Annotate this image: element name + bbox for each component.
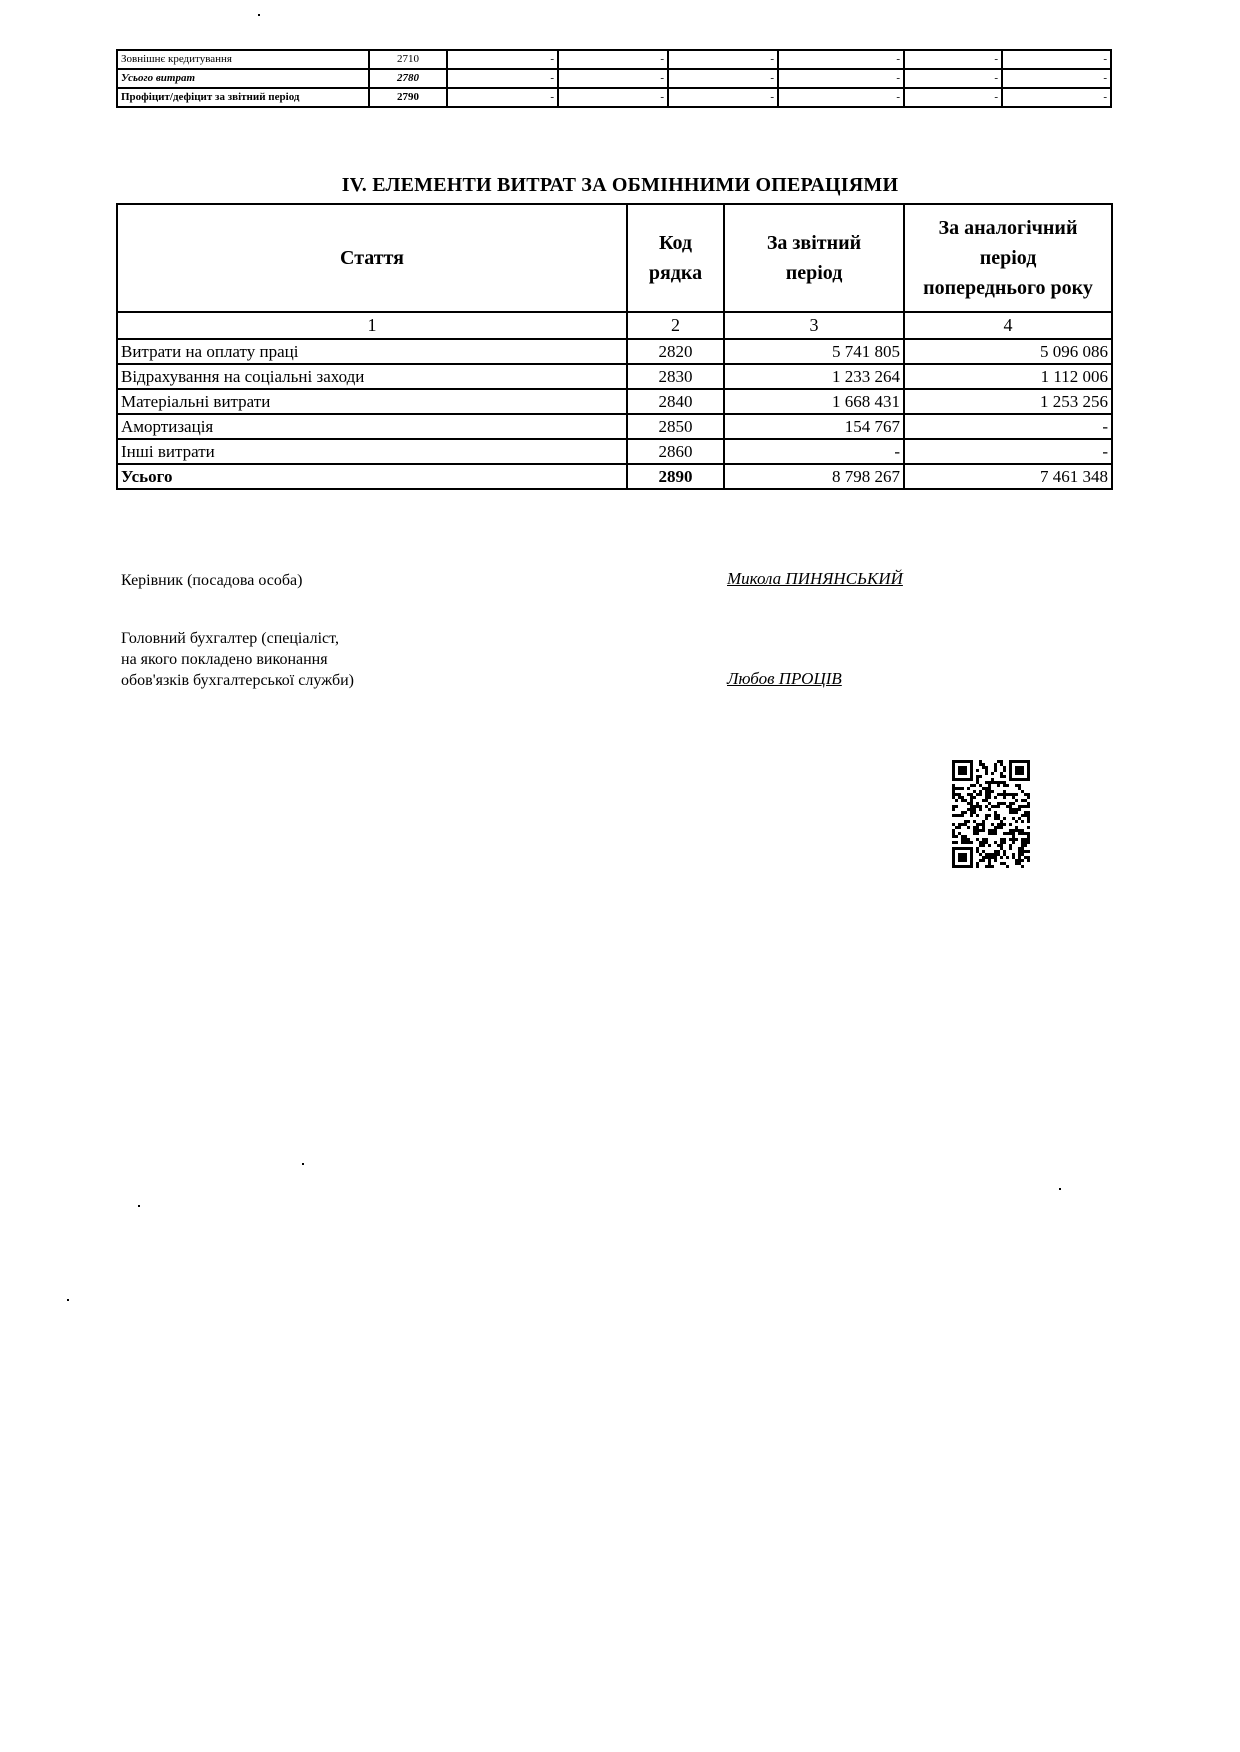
row-code: 2780 (369, 69, 447, 88)
scan-speck (258, 14, 260, 16)
header-text: рядка (631, 258, 720, 288)
role-line: обов'язків бухгалтерської служби) (121, 670, 354, 691)
header-text: За аналогічний (908, 213, 1108, 243)
row-value: - (1002, 88, 1111, 107)
header-line-code: Код рядка (627, 204, 724, 312)
row-label: Витрати на оплату праці (117, 339, 627, 364)
table-row: Усього витрат2780------ (117, 69, 1111, 88)
row-value: - (778, 69, 904, 88)
row-code: 2840 (627, 389, 724, 414)
director-name: Микола ПИНЯНСЬКИЙ (727, 569, 903, 589)
scan-speck (138, 1205, 140, 1207)
row-value: - (904, 88, 1002, 107)
row-label: Амортизація (117, 414, 627, 439)
row-value: - (558, 69, 668, 88)
previous-period-value: 1 112 006 (904, 364, 1112, 389)
accountant-name: Любов ПРОЦІВ (727, 669, 842, 689)
row-value: - (1002, 50, 1111, 69)
previous-period-value: 7 461 348 (904, 464, 1112, 489)
header-current-period: За звітний період (724, 204, 904, 312)
section-title: IV. ЕЛЕМЕНТИ ВИТРАТ ЗА ОБМІННИМИ ОПЕРАЦІ… (0, 174, 1240, 197)
row-value: - (1002, 69, 1111, 88)
header-text: попереднього року (908, 273, 1108, 303)
row-value: - (447, 88, 558, 107)
scan-speck (302, 1163, 304, 1165)
row-value: - (558, 88, 668, 107)
row-value: - (447, 69, 558, 88)
current-period-value: 1 668 431 (724, 389, 904, 414)
header-text: період (908, 243, 1108, 273)
current-period-value: 1 233 264 (724, 364, 904, 389)
header-previous-period: За аналогічний період попереднього року (904, 204, 1112, 312)
row-code: 2790 (369, 88, 447, 107)
previous-period-value: - (904, 414, 1112, 439)
current-period-value: 5 741 805 (724, 339, 904, 364)
expense-elements-table: Стаття Код рядка За звітний період За ан… (116, 203, 1113, 490)
row-value: - (668, 88, 778, 107)
header-text: За звітний (728, 228, 900, 258)
column-number-row: 1 2 3 4 (117, 312, 1112, 339)
row-label: Зовнішнє кредитування (117, 50, 369, 69)
current-period-value: 8 798 267 (724, 464, 904, 489)
row-label: Матеріальні витрати (117, 389, 627, 414)
accountant-role-label: Головний бухгалтер (спеціаліст, на якого… (121, 628, 354, 691)
row-value: - (904, 50, 1002, 69)
row-value: - (778, 50, 904, 69)
row-value: - (558, 50, 668, 69)
row-code: 2830 (627, 364, 724, 389)
row-label: Інші витрати (117, 439, 627, 464)
table-row: Інші витрати2860-- (117, 439, 1112, 464)
scan-speck (1059, 1188, 1061, 1190)
director-role-label: Керівник (посадова особа) (121, 570, 302, 591)
column-number: 2 (627, 312, 724, 339)
column-number: 3 (724, 312, 904, 339)
row-value: - (668, 50, 778, 69)
header-text: Стаття (340, 247, 404, 269)
row-code: 2850 (627, 414, 724, 439)
previous-period-value: 1 253 256 (904, 389, 1112, 414)
row-label: Профіцит/дефіцит за звітний період (117, 88, 369, 107)
row-value: - (447, 50, 558, 69)
table-row: Зовнішнє кредитування2710------ (117, 50, 1111, 69)
previous-period-value: 5 096 086 (904, 339, 1112, 364)
row-label: Усього (117, 464, 627, 489)
row-value: - (668, 69, 778, 88)
role-line: Головний бухгалтер (спеціаліст, (121, 628, 354, 649)
scan-speck (67, 1299, 69, 1301)
total-row: Усього28908 798 2677 461 348 (117, 464, 1112, 489)
previous-period-value: - (904, 439, 1112, 464)
role-line: Керівник (посадова особа) (121, 570, 302, 591)
column-number: 1 (117, 312, 627, 339)
column-number: 4 (904, 312, 1112, 339)
table-row: Профіцит/дефіцит за звітний період2790--… (117, 88, 1111, 107)
row-label: Відрахування на соціальні заходи (117, 364, 627, 389)
current-period-value: - (724, 439, 904, 464)
current-period-value: 154 767 (724, 414, 904, 439)
table-row: Витрати на оплату праці28205 741 8055 09… (117, 339, 1112, 364)
row-value: - (904, 69, 1002, 88)
row-value: - (778, 88, 904, 107)
row-label: Усього витрат (117, 69, 369, 88)
row-code: 2890 (627, 464, 724, 489)
table-header-row: Стаття Код рядка За звітний період За ан… (117, 204, 1112, 312)
row-code: 2820 (627, 339, 724, 364)
row-code: 2710 (369, 50, 447, 69)
top-table-continuation: Зовнішнє кредитування2710------Усього ви… (116, 49, 1112, 108)
row-code: 2860 (627, 439, 724, 464)
header-article: Стаття (117, 204, 627, 312)
header-text: Код (631, 228, 720, 258)
table-row: Амортизація2850154 767- (117, 414, 1112, 439)
table-row: Матеріальні витрати28401 668 4311 253 25… (117, 389, 1112, 414)
table-row: Відрахування на соціальні заходи28301 23… (117, 364, 1112, 389)
role-line: на якого покладено виконання (121, 649, 354, 670)
qr-code-icon (952, 760, 1030, 868)
header-text: період (728, 258, 900, 288)
